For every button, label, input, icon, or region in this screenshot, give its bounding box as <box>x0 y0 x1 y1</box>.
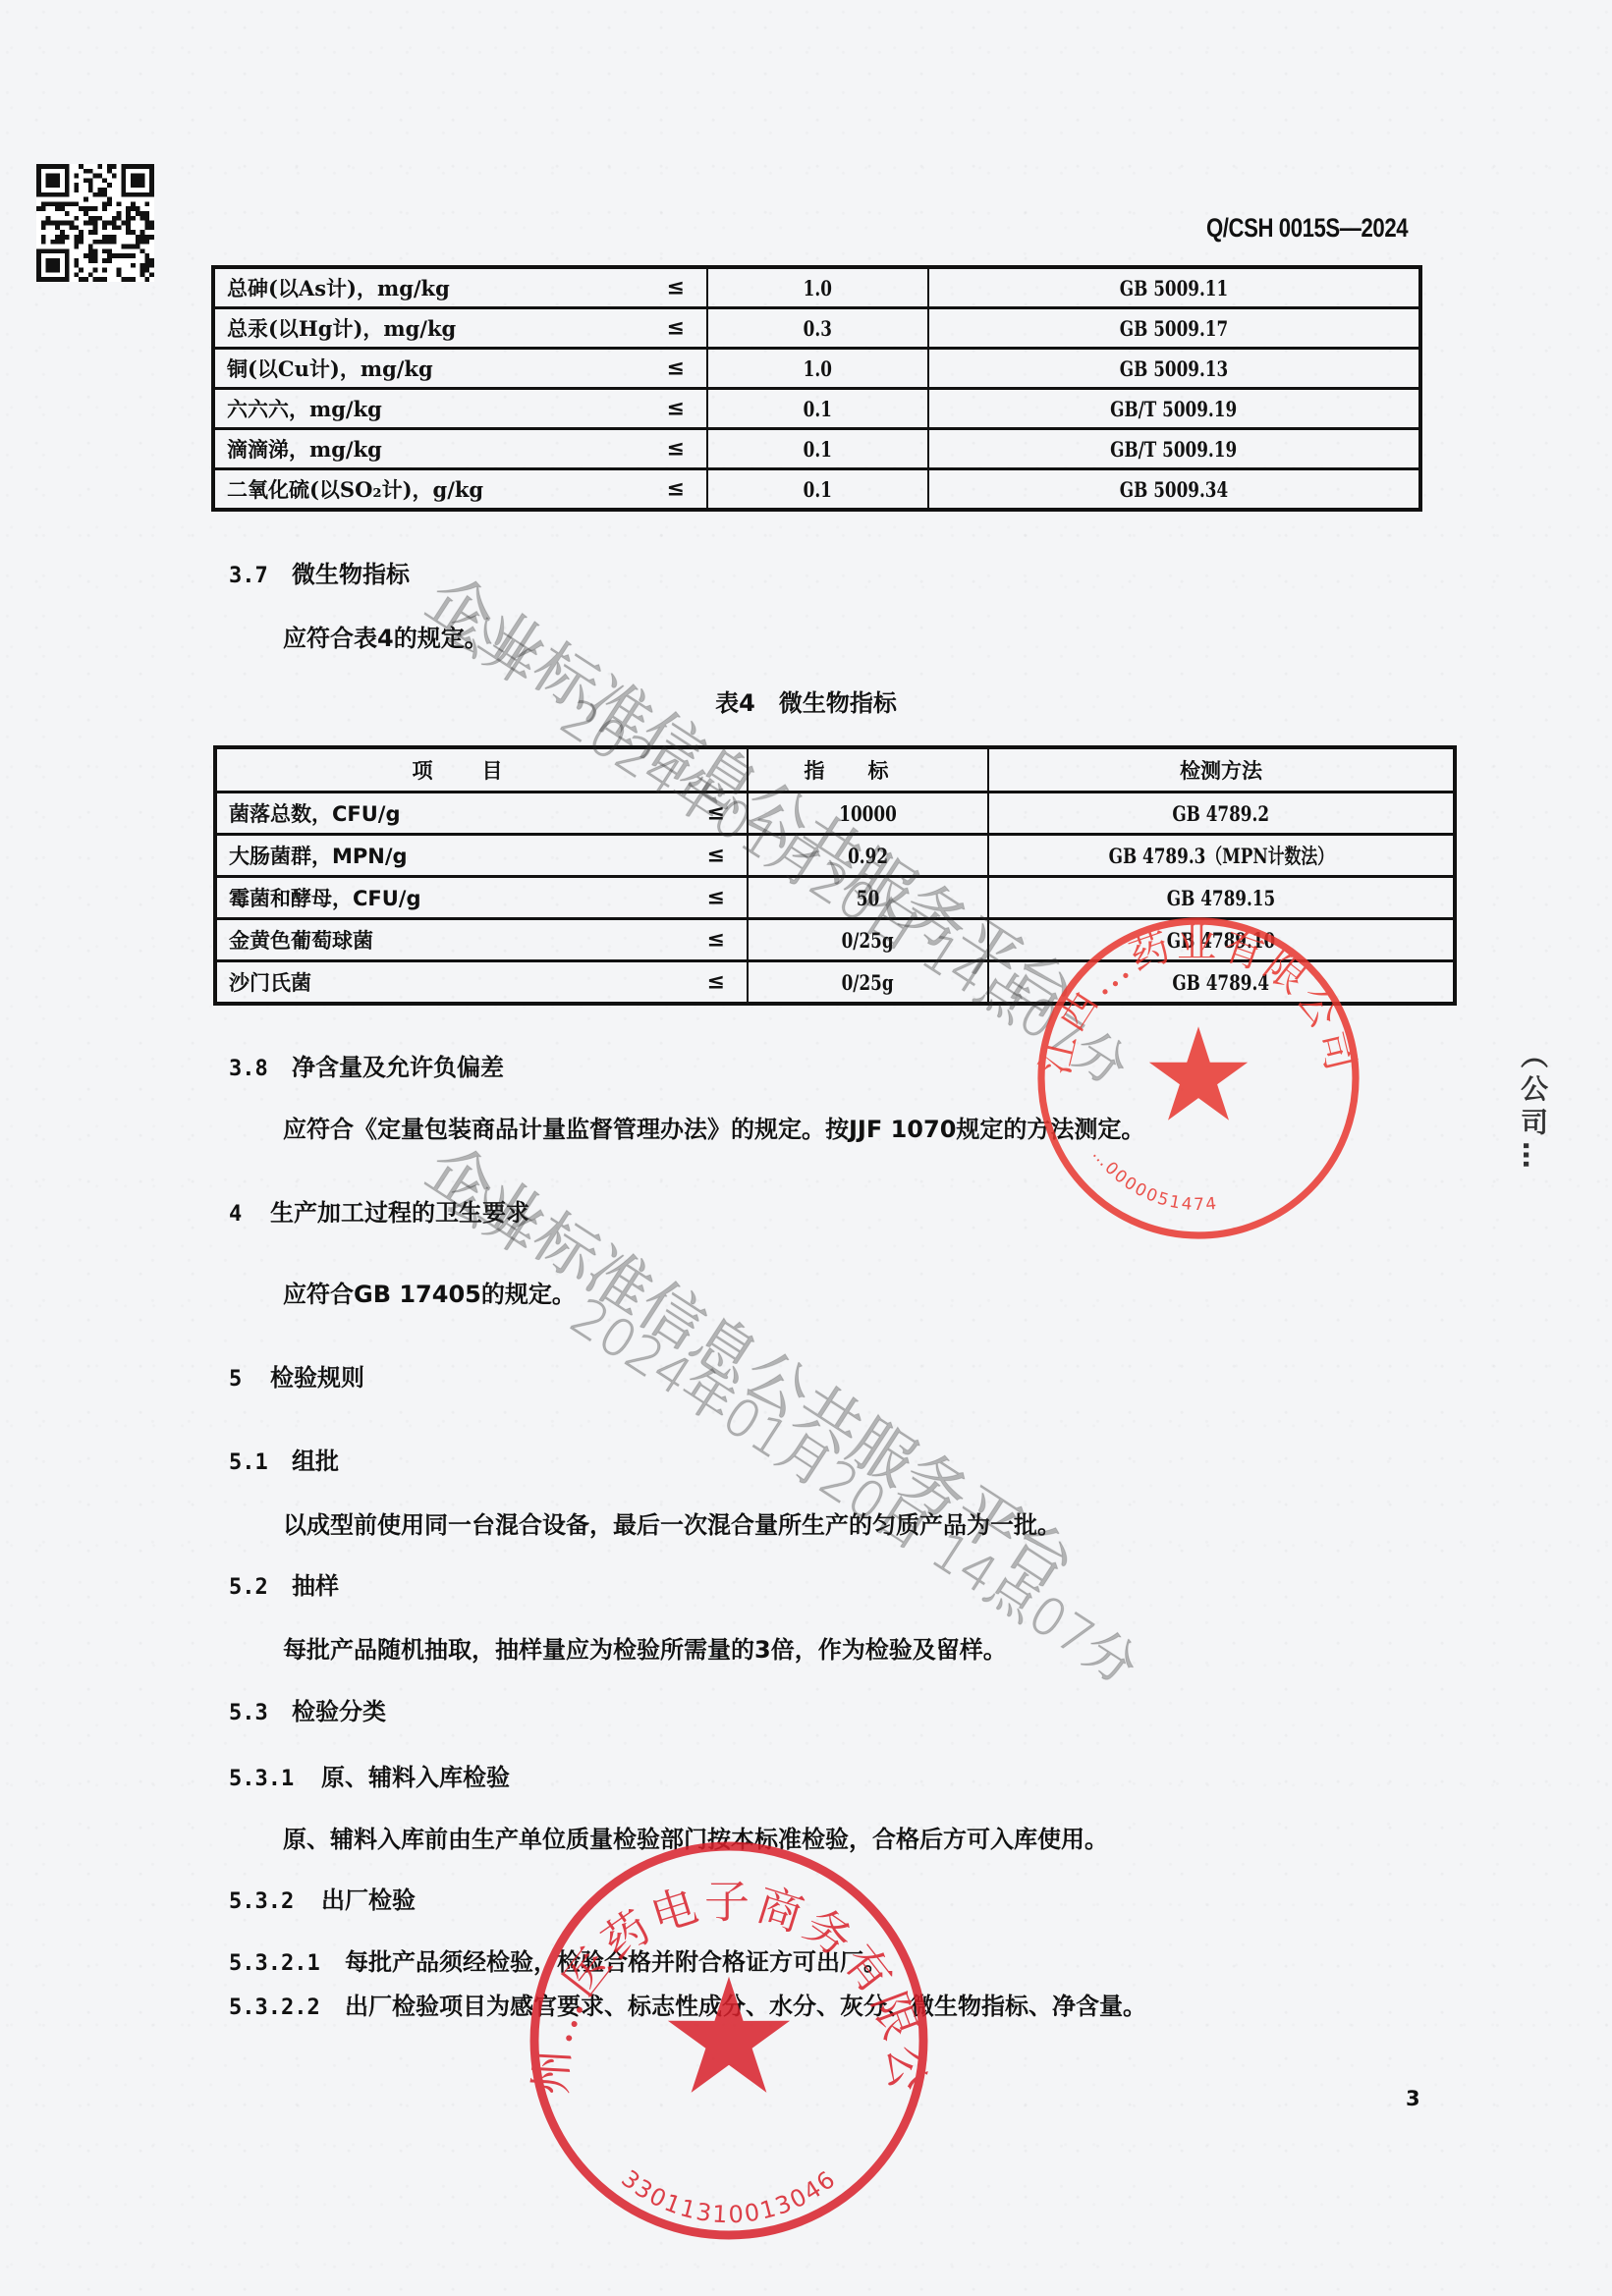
row-method: GB 4789.2 <box>988 793 1455 835</box>
row-item: 总砷(以As计)，mg/kg≤ <box>213 267 707 308</box>
limit-value: 1.0 <box>804 276 832 301</box>
section-title: 检验规则 <box>270 1364 364 1392</box>
row-item: 六六六，mg/kg≤ <box>213 389 707 429</box>
microbiological-indicators-table: 项目 指标 检测方法 菌落总数，CFU/g≤10000GB 4789.2大肠菌群… <box>213 745 1457 1006</box>
row-item: 滴滴涕，mg/kg≤ <box>213 429 707 469</box>
svg-text:杭州…医药电子商务有限公司: 杭州…医药电子商务有限公司 <box>524 1876 934 2097</box>
section-number: 5.3.2.1 <box>229 1949 323 1979</box>
section-title: 净含量及允许负偏差 <box>292 1054 504 1081</box>
row-method: GB 4789.10 <box>988 919 1455 961</box>
section-3-7-body: 应符合表4的规定。 <box>283 624 488 653</box>
method-value: GB/T 5009.19 <box>1110 437 1237 462</box>
less-equal-symbol: ≤ <box>707 801 725 826</box>
item-label: 铜(以Cu计)，mg/kg <box>227 356 433 381</box>
section-title: 检验分类 <box>292 1698 386 1725</box>
table-row: 沙门氏菌≤0/25gGB 4789.4 <box>215 961 1455 1005</box>
page-number: 3 <box>1406 2087 1420 2110</box>
row-item: 霉菌和酵母，CFU/g≤ <box>215 877 748 919</box>
section-title: 组批 <box>292 1448 339 1475</box>
contaminant-limits-table: 总砷(以As计)，mg/kg≤1.0GB 5009.11总汞(以Hg计)，mg/… <box>211 265 1422 512</box>
table-4-caption: 表4微生物指标 <box>0 683 1612 718</box>
clause-text: 出厂检验项目为感官要求、标志性成分、水分、灰分、微生物指标、净含量。 <box>345 1993 1146 2020</box>
section-title: 微生物指标 <box>292 561 410 588</box>
section-number: 5.2 <box>229 1573 274 1603</box>
table-row: 二氧化硫(以SO₂计)，g/kg≤0.1GB 5009.34 <box>213 469 1420 511</box>
item-label: 总汞(以Hg计)，mg/kg <box>227 316 456 341</box>
table-row: 金黄色葡萄球菌≤0/25gGB 4789.10 <box>215 919 1455 961</box>
table-row: 总汞(以Hg计)，mg/kg≤0.3GB 5009.17 <box>213 308 1420 349</box>
row-item: 沙门氏菌≤ <box>215 961 748 1005</box>
section-title: 抽样 <box>292 1572 339 1600</box>
limit-value: 50 <box>857 886 879 910</box>
row-method: GB/T 5009.19 <box>928 429 1420 469</box>
section-number: 5.3.2 <box>229 1887 300 1917</box>
caption-label: 表4 <box>715 689 755 717</box>
svg-text:33011310013046: 33011310013046 <box>616 2164 842 2228</box>
section-number: 3.7 <box>229 562 274 591</box>
less-equal-symbol: ≤ <box>667 397 685 421</box>
row-method: GB/T 5009.19 <box>928 389 1420 429</box>
row-limit: 1.0 <box>707 267 928 308</box>
limit-value: 10000 <box>839 801 896 826</box>
row-item: 金黄色葡萄球菌≤ <box>215 919 748 961</box>
section-number: 4 <box>229 1200 256 1230</box>
limit-value: 0.92 <box>848 844 888 868</box>
table-row: 霉菌和酵母，CFU/g≤50GB 4789.15 <box>215 877 1455 919</box>
limit-value: 0/25g <box>842 928 894 953</box>
less-equal-symbol: ≤ <box>667 356 685 381</box>
less-equal-symbol: ≤ <box>667 437 685 462</box>
section-5-2-body: 每批产品随机抽取，抽样量应为检验所需量的3倍，作为检验及留样。 <box>283 1635 1007 1665</box>
table-row: 铜(以Cu计)，mg/kg≤1.0GB 5009.13 <box>213 349 1420 389</box>
section-4-heading: 4生产加工过程的卫生要求 <box>229 1198 529 1230</box>
clause-text: 每批产品须经检验，检验合格并附合格证方可出厂。 <box>345 1948 887 1976</box>
limit-value: 0.3 <box>804 316 832 341</box>
method-value: GB/T 5009.19 <box>1110 397 1237 421</box>
row-item: 大肠菌群，MPN/g≤ <box>215 835 748 877</box>
section-number: 5.3.1 <box>229 1765 300 1794</box>
section-3-8-body: 应符合《定量包装商品计量监督管理办法》的规定。按JJF 1070规定的方法测定。 <box>283 1115 1144 1144</box>
item-label: 六六六，mg/kg <box>227 397 382 421</box>
section-5-3-heading: 5.3检验分类 <box>229 1697 386 1728</box>
item-label: 菌落总数，CFU/g <box>229 802 401 826</box>
row-limit: 0.3 <box>707 308 928 349</box>
row-limit: 1.0 <box>707 349 928 389</box>
section-5-3-2-2: 5.3.2.2出厂检验项目为感官要求、标志性成分、水分、灰分、微生物指标、净含量… <box>229 1992 1146 2023</box>
section-number: 5.3.2.2 <box>229 1994 323 2023</box>
row-method: GB 5009.13 <box>928 349 1420 389</box>
method-value: GB 4789.10 <box>1167 928 1275 953</box>
row-limit: 0/25g <box>748 961 988 1005</box>
svg-text:…0000051474: …0000051474 <box>1088 1145 1219 1215</box>
section-number: 5.1 <box>229 1449 274 1478</box>
limit-value: 1.0 <box>804 356 832 381</box>
table-header-row: 项目 指标 检测方法 <box>215 747 1455 793</box>
table-row: 六六六，mg/kg≤0.1GB/T 5009.19 <box>213 389 1420 429</box>
section-number: 5.3 <box>229 1699 274 1728</box>
section-3-7-heading: 3.7微生物指标 <box>229 560 410 591</box>
limit-value: 0.1 <box>804 397 832 421</box>
row-limit: 50 <box>748 877 988 919</box>
section-number: 3.8 <box>229 1055 274 1084</box>
section-title: 生产加工过程的卫生要求 <box>270 1199 529 1227</box>
method-value: GB 4789.2 <box>1173 801 1270 826</box>
item-label: 大肠菌群，MPN/g <box>229 845 408 868</box>
company-seal-lower: 杭州…医药电子商务有限公司33011310013046 <box>527 1838 931 2243</box>
less-equal-symbol: ≤ <box>707 970 725 995</box>
row-method: GB 5009.11 <box>928 267 1420 308</box>
row-method: GB 5009.34 <box>928 469 1420 511</box>
method-value: GB 4789.4 <box>1173 970 1270 995</box>
section-5-1-body: 以成型前使用同一台混合设备，最后一次混合量所生产的匀质产品为一批。 <box>283 1510 1061 1540</box>
less-equal-symbol: ≤ <box>667 276 685 301</box>
row-method: GB 4789.3（MPN计数法） <box>988 835 1455 877</box>
section-5-3-1-heading: 5.3.1原、辅料入库检验 <box>229 1763 510 1794</box>
section-title: 原、辅料入库检验 <box>321 1764 510 1791</box>
row-method: GB 4789.4 <box>988 961 1455 1005</box>
limit-value: 0.1 <box>804 437 832 462</box>
header-limit: 指标 <box>748 747 988 793</box>
section-4-body: 应符合GB 17405的规定。 <box>283 1280 576 1309</box>
table-row: 大肠菌群，MPN/g≤0.92GB 4789.3（MPN计数法） <box>215 835 1455 877</box>
caption-title: 微生物指标 <box>779 689 897 717</box>
table-row: 菌落总数，CFU/g≤10000GB 4789.2 <box>215 793 1455 835</box>
row-limit: 10000 <box>748 793 988 835</box>
section-5-heading: 5检验规则 <box>229 1363 364 1394</box>
method-value: GB 5009.13 <box>1120 356 1228 381</box>
limit-value: 0.1 <box>804 477 832 502</box>
less-equal-symbol: ≤ <box>707 886 725 910</box>
method-value: GB 4789.3（MPN计数法） <box>1108 841 1333 870</box>
section-5-1-heading: 5.1组批 <box>229 1447 339 1478</box>
row-item: 菌落总数，CFU/g≤ <box>215 793 748 835</box>
section-3-8-heading: 3.8净含量及允许负偏差 <box>229 1053 504 1084</box>
less-equal-symbol: ≤ <box>707 844 725 868</box>
row-limit: 0.1 <box>707 389 928 429</box>
row-item: 总汞(以Hg计)，mg/kg≤ <box>213 308 707 349</box>
limit-value: 0/25g <box>842 970 894 995</box>
table-row: 滴滴涕，mg/kg≤0.1GB/T 5009.19 <box>213 429 1420 469</box>
section-5-3-2-1: 5.3.2.1每批产品须经检验，检验合格并附合格证方可出厂。 <box>229 1947 887 1979</box>
header-item: 项目 <box>215 747 748 793</box>
row-limit: 0.92 <box>748 835 988 877</box>
row-item: 二氧化硫(以SO₂计)，g/kg≤ <box>213 469 707 511</box>
item-label: 滴滴涕，mg/kg <box>227 437 382 462</box>
row-method: GB 5009.17 <box>928 308 1420 349</box>
qr-code-icon <box>36 164 154 282</box>
less-equal-symbol: ≤ <box>707 928 725 953</box>
method-value: GB 5009.34 <box>1120 477 1228 502</box>
item-label: 总砷(以As计)，mg/kg <box>227 276 450 301</box>
document-code: Q/CSH 0015S—2024 <box>1206 213 1408 244</box>
section-5-3-1-body: 原、辅料入库前由生产单位质量检验部门按本标准检验，合格后方可入库使用。 <box>283 1825 1108 1854</box>
section-number: 5 <box>229 1365 256 1394</box>
table-row: 总砷(以As计)，mg/kg≤1.0GB 5009.11 <box>213 267 1420 308</box>
row-limit: 0.1 <box>707 429 928 469</box>
item-label: 沙门氏菌 <box>229 971 311 995</box>
header-method: 检测方法 <box>988 747 1455 793</box>
less-equal-symbol: ≤ <box>667 477 685 502</box>
method-value: GB 5009.17 <box>1120 316 1228 341</box>
item-label: 霉菌和酵母，CFU/g <box>229 887 421 910</box>
section-title: 出厂检验 <box>321 1886 416 1914</box>
section-5-2-heading: 5.2抽样 <box>229 1571 339 1603</box>
less-equal-symbol: ≤ <box>667 316 685 341</box>
method-value: GB 4789.15 <box>1167 886 1275 910</box>
row-item: 铜(以Cu计)，mg/kg≤ <box>213 349 707 389</box>
item-label: 二氧化硫(以SO₂计)，g/kg <box>227 477 483 502</box>
row-limit: 0/25g <box>748 919 988 961</box>
method-value: GB 5009.11 <box>1120 276 1228 301</box>
section-5-3-2-heading: 5.3.2出厂检验 <box>229 1886 416 1917</box>
item-label: 金黄色葡萄球菌 <box>229 929 373 953</box>
row-method: GB 4789.15 <box>988 877 1455 919</box>
edge-seal-fragment: （公司… <box>1532 1041 1552 1326</box>
row-limit: 0.1 <box>707 469 928 511</box>
